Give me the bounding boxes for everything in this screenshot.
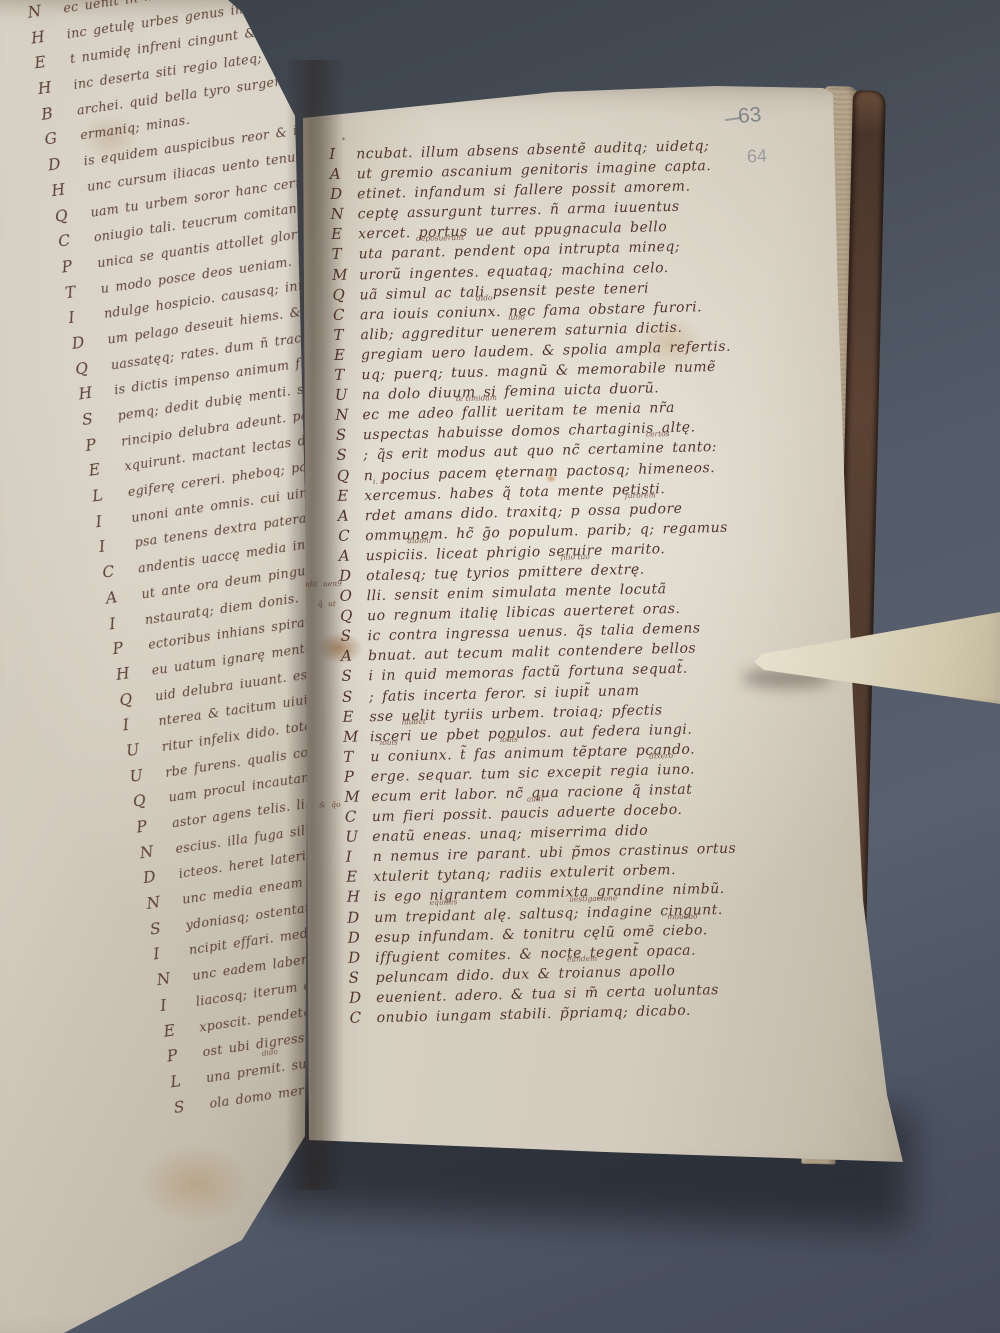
line-initial-letter: Q [332,284,352,305]
line-initial-letter: S [336,445,356,466]
line-initial-letter: E [342,706,362,727]
right-page-text-block: Incubat. illum absens absentẽ auditq; ui… [329,133,830,1028]
interlinear-gloss: laudet [402,718,426,727]
line-initial-letter: T [331,244,351,265]
interlinear-gloss: didoni [407,537,431,546]
left-manuscript-page: Nec uenit in mentem quorum consederis ar… [0,0,335,1333]
line-initial-letter: A [341,646,361,667]
line-initial-letter: T [343,746,363,767]
manuscript-photo: { "photo_subject": "Medieval manuscript … [0,0,1000,1333]
folio-number-pencil-63: 63 [737,103,762,129]
line-initial-letter: T [333,324,353,345]
right-manuscript-page: 63 64 Incubat. illum absens absentẽ audi… [295,80,917,1180]
interlinear-gloss: filio tuo [561,553,590,562]
line-initial-letter: M [332,264,352,285]
line-initial-letter: E [334,344,354,365]
line-initial-letter: E [337,485,357,506]
interlinear-gloss: equites [430,898,458,907]
line-initial-letter: N [335,405,355,426]
line-initial-letter: C [345,806,365,827]
line-initial-letter: P [344,766,364,787]
line-initial-letter: M [343,726,363,747]
parchment-stain [140,1144,250,1224]
line-initial-letter: A [338,545,358,566]
interlinear-gloss: audi [527,795,544,803]
line-initial-letter: U [345,827,365,848]
folio-number-pencil-64: 64 [746,145,767,167]
line-initial-letter: D [347,907,367,928]
line-initial-letter: H [347,887,367,908]
line-initial-letter: C [349,1007,369,1028]
line-initial-letter: S [341,666,361,687]
line-initial-letter: S [336,425,356,446]
line-initial-letter: C [333,304,353,325]
line-initial-letter: M [344,786,364,807]
interlinear-gloss: deposuerunt [416,234,464,243]
interlinear-gloss: dido [261,1048,278,1058]
line-initial-letter: U [335,385,355,406]
interlinear-gloss: uestigacione [569,894,617,903]
interlinear-gloss: iouis [500,736,518,744]
interlinear-gloss: certos [646,430,670,439]
line-initial-letter: D [349,987,369,1008]
line-initial-letter: S [172,1091,204,1121]
line-initial-letter: S [340,626,360,647]
line-initial-letter: A [329,164,349,185]
interlinear-gloss: iouis [380,738,398,746]
line-initial-letter: C [338,525,358,546]
interlinear-gloss: iuno [508,313,525,321]
line-initial-letter: N [330,204,350,225]
interlinear-gloss: * [342,137,346,145]
interlinear-gloss: eandem [567,955,597,964]
line-initial-letter: S [342,686,362,707]
line-initial-letter: A [338,505,358,526]
line-initial-letter: D [347,927,367,948]
line-initial-letter: I [346,847,366,868]
line-initial-letter: S [348,967,368,988]
line-initial-letter: I [329,144,349,165]
line-initial-letter: D [348,947,368,968]
line-initial-letter: Q [340,606,360,627]
line-initial-letter: E [346,867,366,888]
interlinear-gloss: i. a [373,477,385,485]
interlinear-gloss: dido [476,294,493,302]
line-initial-letter: D [330,184,350,205]
interlinear-gloss: te timidam [456,394,497,403]
line-initial-letter: Q [337,465,357,486]
line-initial-letter: E [331,224,351,245]
interlinear-gloss: dixero [649,752,673,761]
line-initial-letter: O [339,585,359,606]
line-initial-letter: T [334,364,354,385]
interlinear-gloss: furorem [625,491,656,500]
interlinear-gloss: mouebo [667,912,697,921]
